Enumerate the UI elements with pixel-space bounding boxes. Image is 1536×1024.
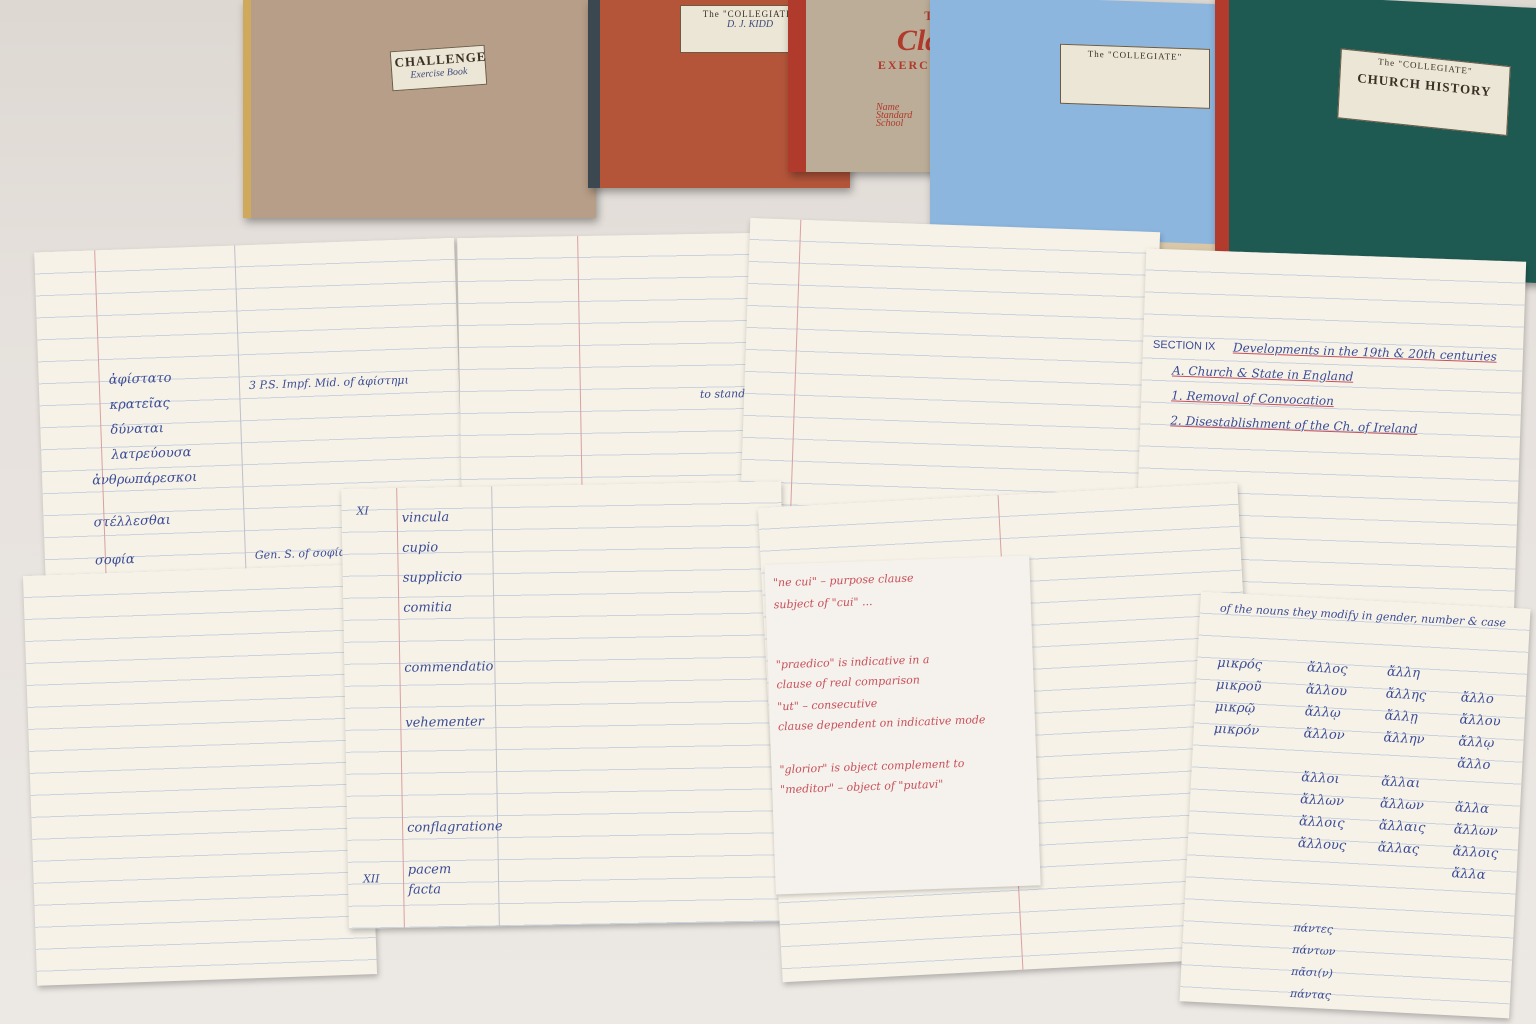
vocab-word: vehementer: [405, 711, 484, 734]
challenge-notebook: CHALLENGE Exercise Book: [243, 0, 596, 218]
margin-line: [94, 250, 107, 590]
vocab-word: στέλλεσθαι: [93, 510, 171, 535]
declension-cell: ἄλλος: [1307, 657, 1348, 681]
vocab-word: ἀφίστατο: [108, 368, 172, 392]
section-label: SECTION IX: [1153, 334, 1216, 358]
declension-cell: ἄλλοι: [1301, 767, 1340, 791]
declension-cell: ἄλλῳ: [1304, 701, 1341, 725]
notebook-label: The "COLLEGIATE": [1060, 44, 1210, 109]
note-line: "ne cui" – purpose clause: [773, 568, 914, 595]
vocab-word: comitia: [403, 597, 452, 620]
declension-cell: ἄλλης: [1385, 683, 1426, 707]
declension-cell: ἄλλοις: [1298, 811, 1345, 835]
greek-declension-notebook: of the nouns they modify in gender, numb…: [1179, 592, 1530, 1019]
declension-cell: ἄλλαις: [1378, 815, 1426, 839]
vocab-word: ἀνθρωπάρεσκοι: [92, 467, 198, 493]
declension-cell: πᾶσι(ν): [1291, 961, 1334, 985]
vocab-word: conflagratione: [407, 816, 503, 840]
church-history-notebook: The "COLLEGIATE" CHURCH HISTORY: [1215, 0, 1536, 284]
vocab-word: pacem: [408, 859, 452, 882]
prose-notebook: [23, 564, 377, 986]
note-line: "meditor" – object of "putavi": [780, 774, 944, 802]
section-mark: XI: [356, 500, 369, 522]
declension-cell: ἄλλαι: [1381, 771, 1421, 795]
declension-cell: ἄλλη: [1386, 662, 1420, 686]
vocab-word: δύναται: [110, 418, 164, 442]
declension-cell: μικρόν: [1213, 719, 1260, 743]
vocab-word: cupio: [402, 537, 438, 560]
declension-cell: ἄλλο: [1460, 687, 1494, 711]
vocab-word: κρατεῖας: [109, 393, 170, 417]
section-mark: XII: [363, 868, 380, 890]
column-line: [491, 486, 500, 926]
declension-cell: ἄλλων: [1300, 789, 1345, 813]
vocab-word: facta: [408, 879, 441, 902]
note-line: subject of "cui" ...: [773, 591, 873, 616]
declension-cell: ἄλλα: [1451, 863, 1486, 887]
declension-cell: ἄλλων: [1453, 819, 1498, 843]
vocab-word: λατρεύουσα: [111, 442, 192, 467]
declension-cell: ἄλλοις: [1452, 841, 1499, 865]
subsection-heading: A. Church & State in England: [1172, 359, 1354, 387]
declension-cell: μικρός: [1217, 653, 1263, 677]
vocab-word: supplicio: [403, 567, 463, 590]
column-line: [234, 245, 247, 585]
name-field: Name Standard School: [876, 104, 912, 128]
declension-cell: πάντες: [1293, 917, 1334, 941]
vocab-word: commendatio: [404, 656, 493, 680]
note-line: clause of real comparison: [776, 669, 920, 696]
declension-cell: ἄλλου: [1305, 679, 1347, 703]
declension-cell: μικροῦ: [1215, 675, 1262, 699]
declension-cell: ἄλλα: [1454, 797, 1489, 821]
red-ink-notes-slip: "ne cui" – purpose clause subject of "cu…: [764, 555, 1040, 894]
declension-cell: ἄλλῃ: [1384, 705, 1418, 729]
list-item: 1. Removal of Convocation: [1171, 384, 1334, 412]
notebook-label: CHALLENGE Exercise Book: [390, 45, 488, 92]
declension-cell: πάντων: [1292, 939, 1336, 963]
margin-line: [790, 220, 801, 520]
vocab-word: vincula: [402, 507, 450, 530]
list-item: 2. Disestablishment of the Ch. of Irelan…: [1170, 409, 1418, 440]
vocab-word: σοφία: [95, 549, 135, 572]
declension-cell: ἄλλῳ: [1458, 731, 1495, 755]
declension-cell: ἄλλου: [1459, 709, 1501, 733]
latin-vocab-notebook: XI vincula cupio supplicio comitia comme…: [341, 481, 789, 929]
notebook-label: The "COLLEGIATE" CHURCH HISTORY: [1337, 48, 1510, 136]
declension-cell: ἄλλας: [1377, 837, 1419, 861]
church-history-prose-page: [740, 218, 1160, 532]
declension-cell: μικρῷ: [1214, 697, 1255, 721]
declension-cell: ἄλλην: [1383, 727, 1425, 751]
gloss: 3 P.S. Impf. Mid. of ἀφίστημι: [249, 369, 410, 397]
declension-cell: ἄλλο: [1457, 753, 1491, 777]
declension-cell: πάντας: [1289, 983, 1331, 1007]
declension-cell: ἄλλον: [1303, 723, 1345, 747]
declension-cell: ἄλλους: [1297, 833, 1346, 857]
declension-cell: ἄλλων: [1379, 793, 1424, 817]
